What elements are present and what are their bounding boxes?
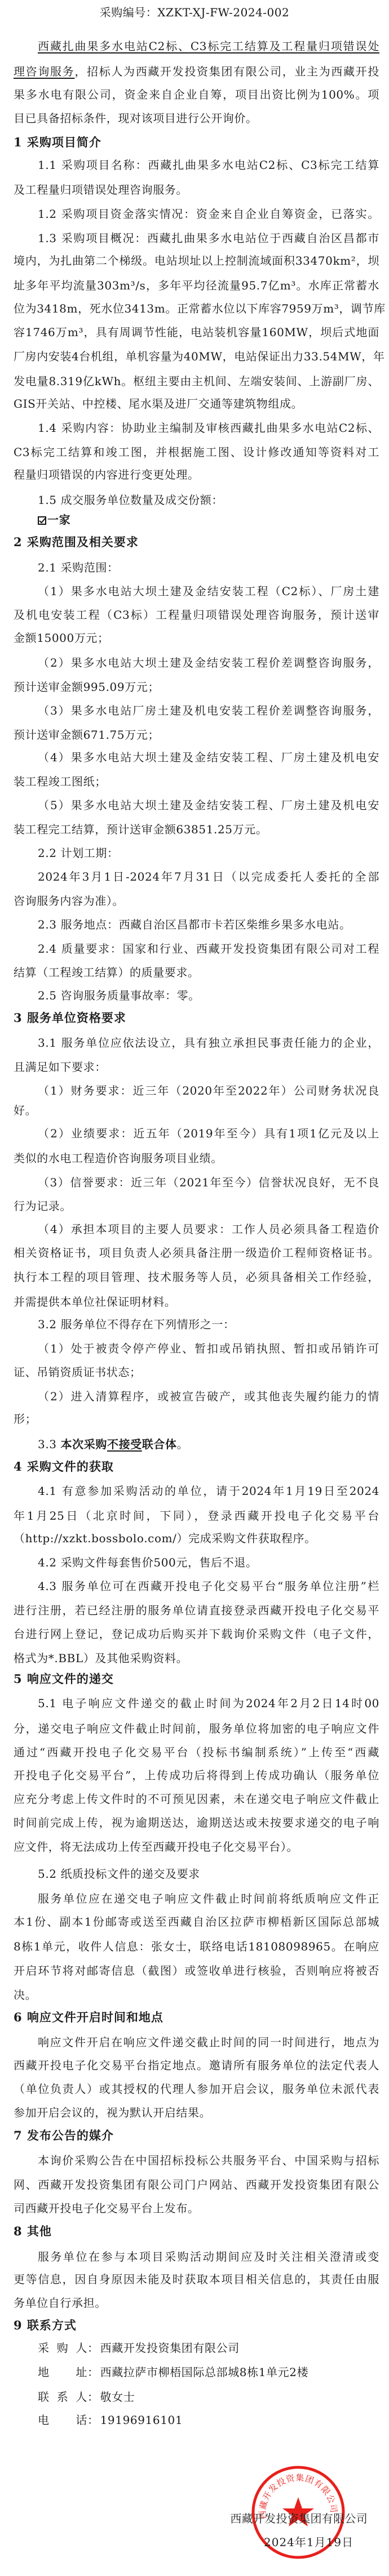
text-line: 司西藏开投电子化交易平台上发布。 [14,2201,379,2216]
text-line: 行为记录。 [14,1199,379,1213]
text-line: 台进行网上登记，登记成功后购买并下载询价采购文件（电子文件， [14,1627,379,1641]
text-line: 咨询服务内容为准）。 [14,894,379,908]
text-line: 2.3 服务地点：西藏自治区昌都市卡若区柴维乡果多水电站。 [38,917,379,932]
text-line: 证、吊销资质证书状态； [14,1365,379,1379]
section-heading: 7 发布公告的媒介 [14,2128,379,2143]
text-line: （单位负责人）或其授权的代理人参加开启会议，服务单位未派代表 [14,2082,379,2096]
text-line: 8栋1单元，收件人信息：张女士，联络电话18108098965。在响应 [14,1939,379,1954]
procurement-number-value: XZKT-XJ-FW-2024-002 [157,6,289,19]
text-line: 格式为*.BBL）及其他采购资料。 [14,1651,379,1666]
text-line: 1.3 采购项目概况：西藏扎曲果多水电站位于西藏自治区昌都市 [38,231,379,245]
text-line: 结算（工程竣工结算）的质量要求。 [14,965,379,980]
contact-address: 地址：西藏拉萨市柳梧国际总部城8栋1单元2楼 [38,2365,308,2379]
contact-purchaser: 采购人：西藏开发投资集团有限公司 [38,2341,240,2355]
intro-text: ，招标人为西藏开发投资集团有限公司，业主为西藏开投 [74,65,379,78]
procurement-number-label: 采购编号： [100,6,158,19]
item-3-3-number: 3.3 [38,1437,61,1451]
text-line: （2）业绩要求：近五年（2019年至今）具有1项1亿元及以上 [38,1126,379,1141]
contact-label: 电话 [38,2413,87,2427]
text-line: 应充分考虑上传文件时的不可预见因素，未在递交电子响应文件截止 [14,1792,379,1806]
text-line: （5）果多水电站大坝土建及金结安装工程、厂房土建及机电安 [38,798,379,812]
contact-value: 西藏拉萨市柳梧国际总部城8栋1单元2楼 [100,2365,309,2379]
item-3-3: 3.3 本次采购不接受联合体。 [38,1437,379,1452]
share-option-label: 一家 [47,513,70,526]
text-line: 1.1 采购项目名称：西藏扎曲果多水电站C2标、C3标完工结算 [38,158,379,172]
text-line: 并需提供本单位社保证明材料。 [14,1294,379,1309]
contact-value: 19196916101 [100,2413,183,2427]
text-line: 进行注册，若已经注册的服务单位请直接登录西藏开投电子化交易平 [14,1603,379,1618]
section-heading: 8 其他 [14,2224,379,2239]
intro-line-1: 西藏扎曲果多水电站C2标、C3标完工结算及工程量归项错误处 [38,39,379,53]
text-line: 网、西藏开发投资集团有限公司门户网站、西藏开发投资集团有限公 [14,2177,379,2192]
text-line: 通过“西藏开投电子化交易平台（投标书编制系统）”上传至“西藏 [14,1745,379,1760]
text-line: 2.2 计划工期： [38,846,379,860]
text-line: 形； [14,1412,379,1426]
text-line: 5.1 电子响应文件递交的截止时间为2024年2月2日14时00 [38,1696,379,1711]
text-line: 装工程竣工图纸； [14,774,379,789]
text-line: 更等信息，因自身原因未能及时获取本项目相关信息的，其责任由服 [14,2272,379,2287]
text-line: 相关资格证书，项目负责人必须具备注册一级造价工程师资格证书。 [14,1245,379,1260]
text-line: 参加开启会议的，视为默认开启结果。 [14,2105,379,2120]
text-line: 服务单位应在递交电子响应文件截止时间前将纸质响应文件正 [38,1891,379,1906]
signature-date: 2024年1月19日 [264,2535,353,2550]
text-line: 4.2 采购文件每套售价500元，售后不退。 [38,1555,379,1570]
colon: ： [87,2341,99,2355]
text-line: 及机电安装工程（C3标）工程量归项错误处理咨询服务，预计送审 [14,608,379,622]
text-line: 服务单位在参与本项目采购活动期间应及时关注相关澄清或变 [38,2249,379,2264]
item-3-3-bold-b: 联合体 [142,1437,177,1451]
section-heading: 9 联系方式 [14,2318,379,2333]
text-line: 1.2 采购项目资金落实情况：资金来自企业自筹资金，已落实。 [38,207,379,221]
text-line: 2.5 咨询服务质量事故率：零。 [38,988,379,1003]
text-line: （3）果多水电站厂房土建及机电安装工程价差调整咨询服务， [38,703,379,718]
section-heading: 1 采购项目简介 [14,135,379,150]
text-line: 5.2 纸质投标文件的递交及要求 [38,1867,379,1881]
text-line: 程量归项错误的内容进行变更处理。 [14,467,379,482]
contact-value: 敬女士 [100,2390,135,2404]
text-line: 及工程量归项错误处理咨询服务。 [14,182,379,197]
text-line: （1）处于被责令停产停业、暂扣或吊销执照、暂扣或吊销许可 [38,1341,379,1356]
text-line: 年1月25日（北京时间，下同），登录西藏开投电子化交易平台 [14,1508,379,1523]
text-line: 2.1 采购范围： [38,560,379,575]
text-line: 执行本工程的项目管理、技术服务等人员，必须具备相关工作经验， [14,1270,379,1284]
text-line: 2024年3月1日-2024年7月31日（以完成委托人委托的全部 [38,869,379,884]
text-line: 开启环节将对邮寄信息（截图）或签收单进行核验，否则响应将被否 [14,1963,379,1978]
text-line: 4.3 服务单位可在西藏开投电子化交易平台“服务单位注册”栏 [38,1579,379,1593]
text-line: 装工程完工结算，预计送审金额63851.25万元。 [14,822,379,837]
text-line: 本询价采购公告在中国招标投标公共服务平台、中国采购与招标 [38,2153,379,2168]
section-heading: 6 响应文件开启时间和地点 [14,2010,379,2025]
item-3-3-bold-a: 本次采购 [61,1437,107,1451]
text-line: （1）财务要求：近三年（2020年至2022年）公司财务状况良 [38,1083,379,1098]
text-line: 址多年平均流量303m³/s，多年平均径流量95.7亿m³。水库正常蓄水 [14,278,379,293]
text-line: 本1份、副本1份邮寄或送至西藏自治区拉萨市柳梧新区国际总部城 [14,1914,379,1929]
document-page: 采购编号：XZKT-XJ-FW-2024-002 西藏扎曲果多水电站C2标、C3… [0,0,389,2576]
text-line: 1.5 成交服务单位数量及成交份额： [38,493,379,507]
colon: ： [87,2365,99,2379]
text-line: 好。 [14,1103,379,1118]
text-line: 3.1 服务单位应依法设立，具有独立承担民事责任能力的企业， [38,1035,379,1050]
text-line: 厂房内安装4台机组，单机容量为40MW，电站保证出力33.54MW，年 [14,349,379,364]
text-line: 响应文件开启在响应文件递交截止时间的同一时间进行，地点为 [38,2035,379,2050]
contact-label: 采购人 [38,2341,87,2355]
signature-company: 西藏开发投资集团有限公司 [230,2511,368,2526]
section-heading: 5 响应文件的递交 [14,1672,379,1686]
item-3-3-not-accepted: 不接受 [107,1437,142,1451]
text-line: C3标完工结算和竣工图，并根据施工图、设计修改通知等资料对工 [14,445,379,459]
text-line: 位为3418m，死水位3413m。正常蓄水位以下库容7959万m³，调节库 [14,301,379,316]
text-line: 发电量8.319亿kWh。枢纽主要由主机间、左端安装间、上游副厂房、 [14,374,379,389]
text-line: 开投电子化交易平台”，上传成功后将得到上传成功确认（服务单位 [14,1768,379,1783]
contact-phone: 电话：19196916101 [38,2413,183,2427]
text-line: （http://xzkt.bossbolo.com/）完成采购文件获取程序。 [14,1531,379,1546]
project-name-underlined: 西藏扎曲果多水电站C2标、C3标完工结算及工程量归项错误处 [38,39,379,53]
contact-label: 地址 [38,2365,87,2379]
text-line: 时间前完成上传，视为逾期送达，逾期送达或未按要求递交的电子响 [14,1815,379,1830]
contact-label: 联系人 [38,2390,87,2404]
text-line: 2.4 质量要求：国家和行业、西藏开发投资集团有限公司对工程 [38,941,379,956]
contact-person: 联系人：敬女士 [38,2390,135,2404]
text-line: 应文件，将无法成功上传至西藏开投电子化交易平台）。 [14,1840,379,1854]
section-heading: 3 服务单位资格要求 [14,1011,379,1025]
text-line: （2）果多水电站大坝土建及金结安装工程价差调整咨询服务， [38,655,379,670]
text-line: 3.2 服务单位不得存在下列情形之一： [38,1317,379,1332]
text-line: 预计送审金额671.75万元； [14,727,379,742]
text-line: 4.1 有意参加采购活动的单位，请于2024年1月19日至2024 [38,1484,379,1498]
text-line: （4）果多水电站大坝土建及金结安装工程、厂房土建及机电安 [38,750,379,765]
text-line: （4）承担本项目的主要人员要求：工作人员必须具备工程造价 [38,1222,379,1236]
text-line: （3）信誉要求：近三年（2021年至今）信誉状况良好，无不良 [38,1175,379,1190]
colon: ： [87,2413,99,2427]
text-line: 金额15000万元； [14,631,379,645]
share-option: 一家 [38,512,379,527]
text-line: 境内，为扎曲第二个梯级。电站坝址以上控制流域面积33470km²，坝 [14,253,379,268]
text-line: 容1746万m³，具有周调节性能，电站装机容量160MW，坝后式地面 [14,325,379,340]
text-line: 类似的水电工程造价咨询服务项目业绩。 [14,1151,379,1166]
text-line: GIS开关站、中控楼、尾水渠及进厂交通等建筑物组成。 [14,396,379,411]
text-line: 务单位自行承担。 [14,2296,379,2310]
intro-line-2: 理咨询服务，招标人为西藏开发投资集团有限公司，业主为西藏开投 [14,64,379,79]
text-line: 西藏开投电子化交易平台指定地点。邀请所有服务单位的法定代表人 [14,2058,379,2073]
project-name-underlined-cont: 理咨询服务 [14,65,74,78]
colon: ： [87,2390,99,2404]
checkbox-checked-icon[interactable] [38,516,46,525]
section-heading: 2 采购范围及相关要求 [14,535,379,550]
text-line: 预计送审金额995.09万元； [14,680,379,694]
text-line: 决。 [14,1988,379,2002]
text-line: 分，递交电子响应文件截止时间前，服务单位将加密的电子响应文件 [14,1721,379,1736]
text-line: 且满足如下要求： [14,1060,379,1074]
item-3-3-suffix: 。 [177,1437,189,1451]
intro-line-3: 果多水电有限公司，资金来自企业自筹，项目出资比例为100%。项 [14,87,379,102]
contact-value: 西藏开发投资集团有限公司 [100,2341,240,2355]
section-heading: 4 采购文件的获取 [14,1459,379,1474]
text-line: （1）果多水电站大坝土建及金结安装工程（C2标）、厂房土建 [38,584,379,599]
text-line: （2）进入清算程序，或被宣告破产，或其他丧失履约能力的情 [38,1389,379,1404]
text-line: 1.4 采购内容：协助业主编制及审核西藏扎曲果多水电站C2标、 [38,421,379,435]
intro-line-4: 目已具备招标条件，现对该项目进行公开询价。 [14,111,379,126]
procurement-number: 采购编号：XZKT-XJ-FW-2024-002 [0,5,389,20]
